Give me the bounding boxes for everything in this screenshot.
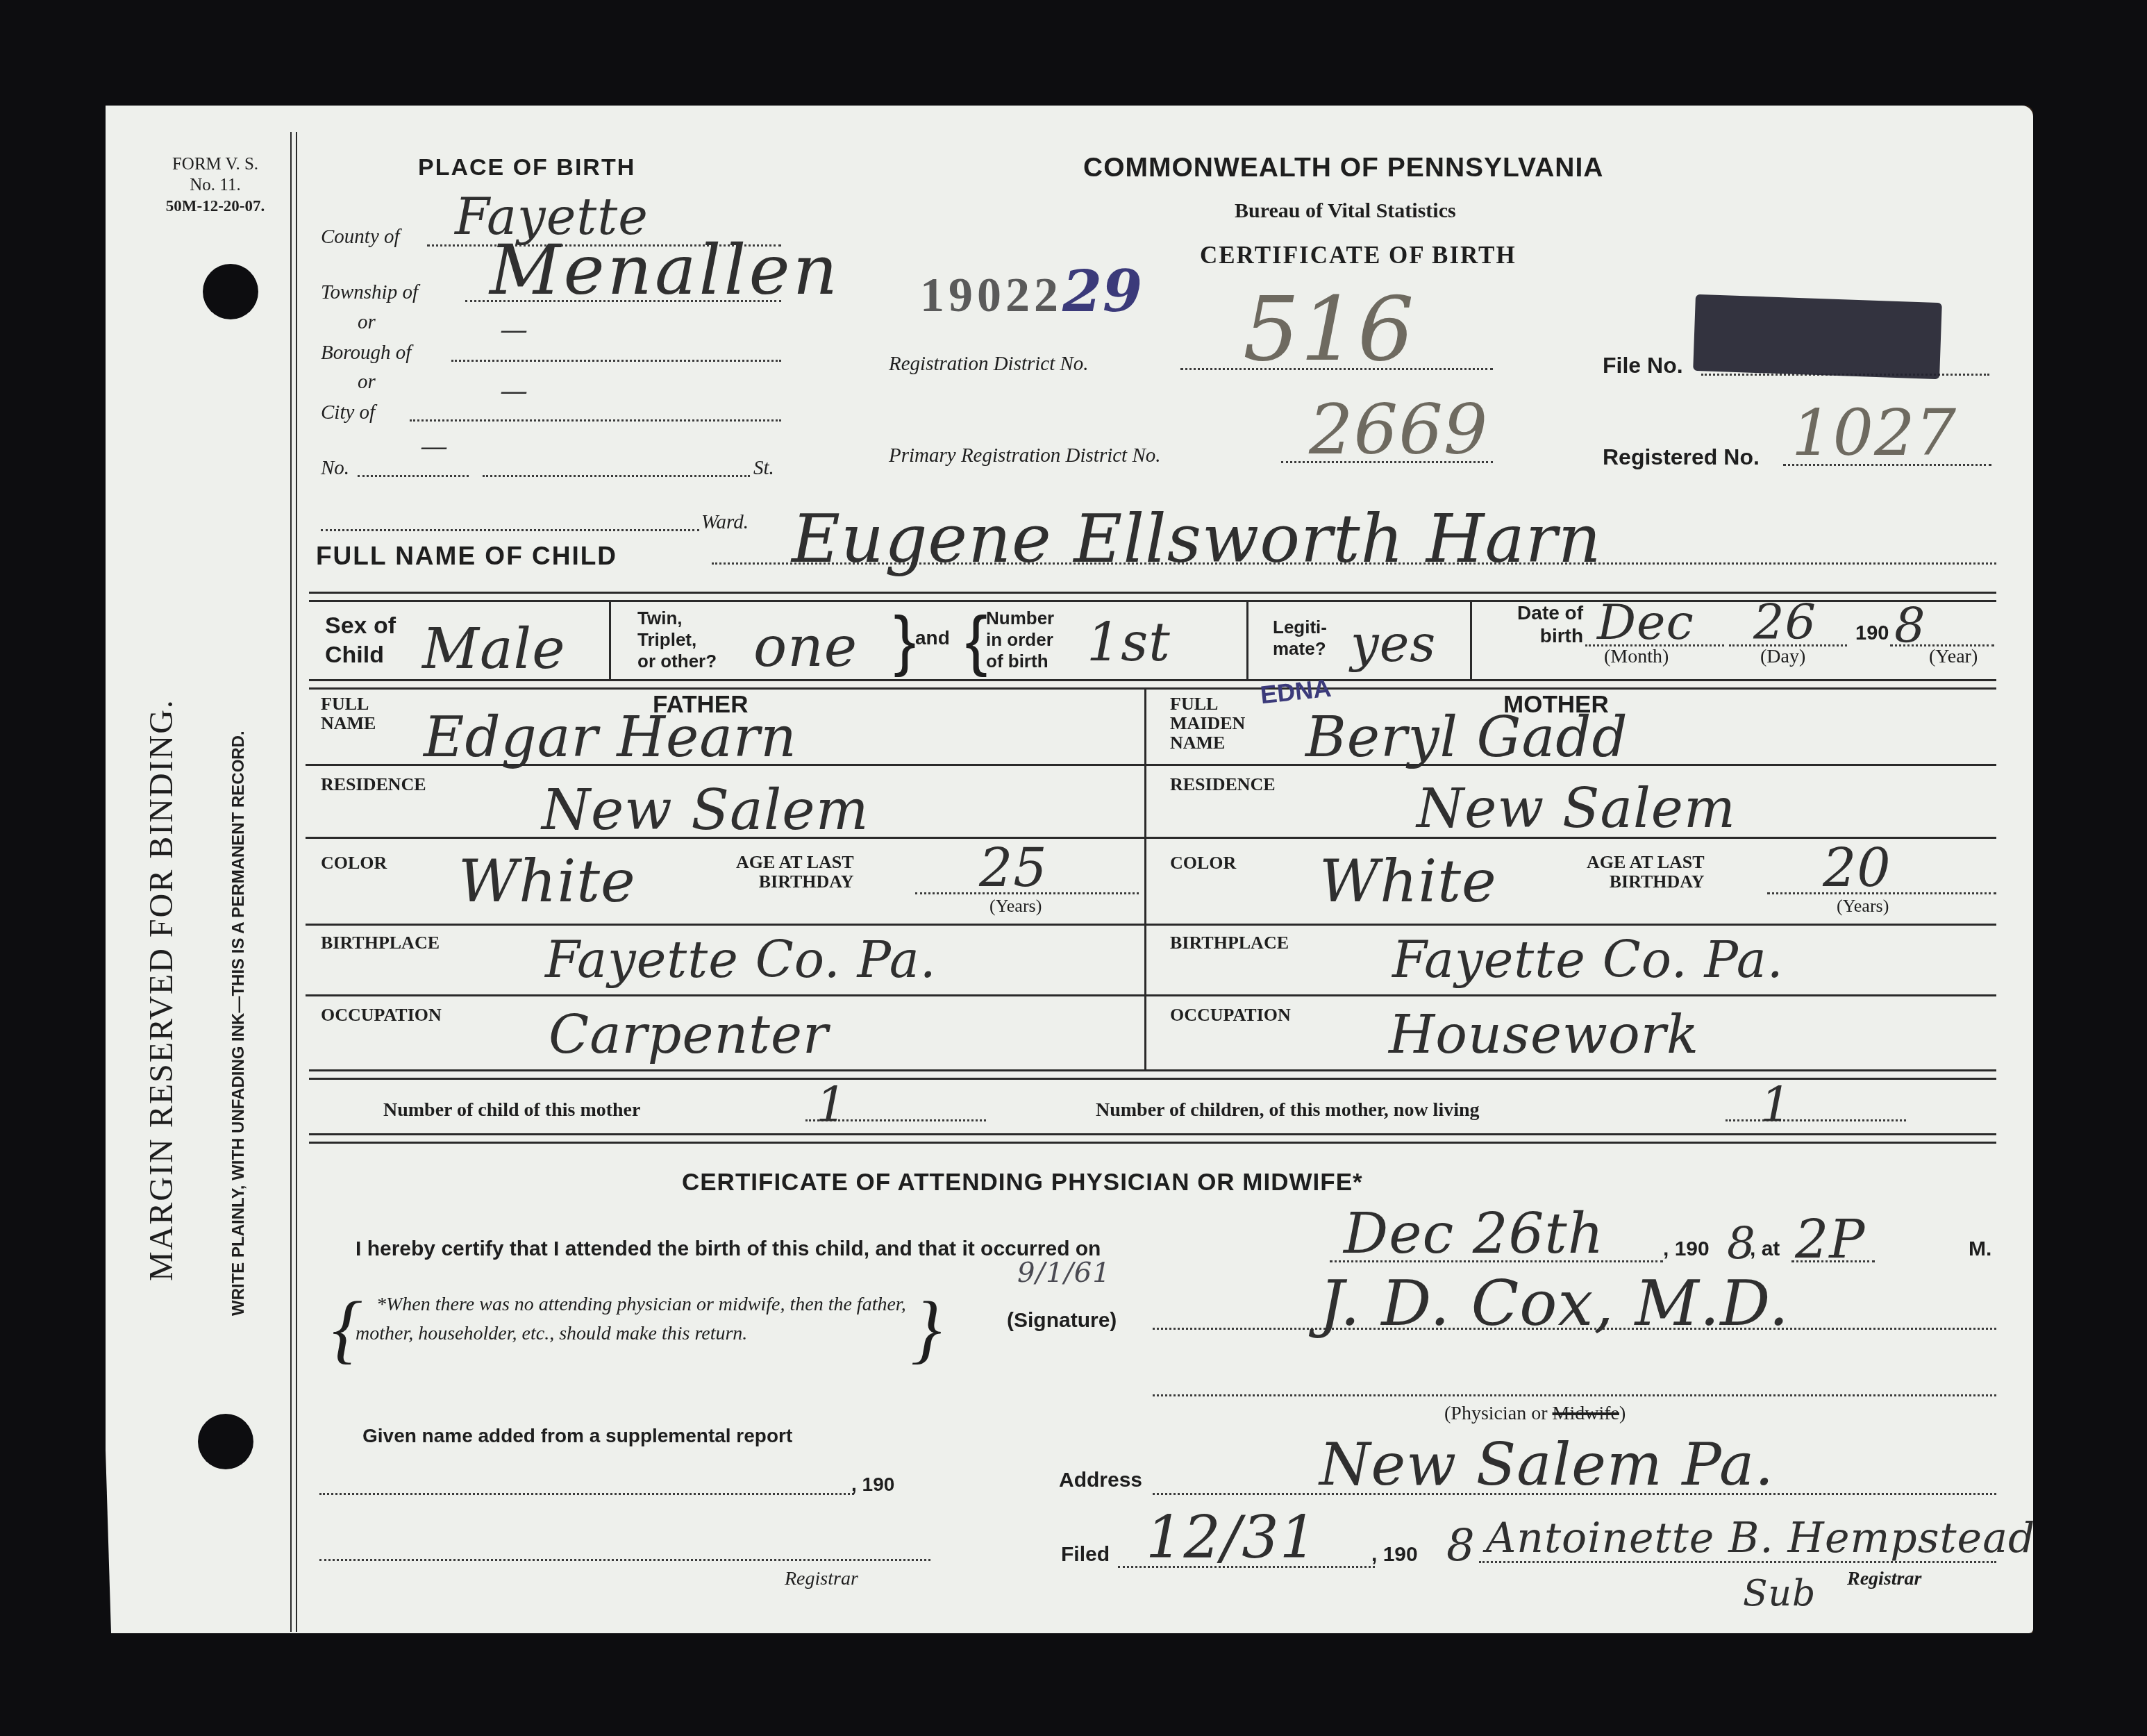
- mother-age-label-line1: AGE AT LAST: [1587, 853, 1705, 872]
- father-birthplace-label: BIRTHPLACE: [321, 933, 440, 953]
- township-label: Township of: [321, 281, 418, 304]
- children-number-value[interactable]: 1: [816, 1076, 848, 1133]
- parents-section-rule-top: [309, 679, 1996, 681]
- primary-district-label: Primary Registration District No.: [889, 444, 1161, 467]
- mother-color-label: COLOR: [1170, 853, 1236, 874]
- father-residence-label: RESIDENCE: [321, 774, 426, 795]
- commonwealth-title: COMMONWEALTH OF PENNSYLVANIA: [1083, 153, 1603, 183]
- city-label: City of: [321, 401, 375, 424]
- dob-label-line2: birth: [1486, 624, 1583, 647]
- bureau-title: Bureau of Vital Statistics: [1235, 199, 1456, 223]
- order-label-line1: Number: [986, 608, 1054, 629]
- stamp-printed: 19022: [920, 269, 1062, 322]
- father-name-label-line2: NAME: [321, 714, 376, 733]
- legitimate-label: Legiti- mate?: [1273, 617, 1327, 660]
- mother-birthplace-value[interactable]: Fayette Co. Pa.: [1392, 930, 1784, 989]
- father-name-label: FULL NAME: [321, 694, 376, 733]
- child-section-rule-top2: [309, 600, 1996, 602]
- filed-date-value[interactable]: 12/31: [1146, 1503, 1317, 1571]
- physician-signature-value[interactable]: J. D. Cox, M.D.: [1319, 1267, 1789, 1340]
- mother-years-caption: (Years): [1837, 896, 1889, 917]
- ink-instruction-note: WRITE PLAINLY, WITH UNFADING INK—THIS IS…: [229, 731, 249, 1316]
- at-label: , at: [1750, 1237, 1780, 1261]
- place-of-birth-title: PLACE OF BIRTH: [418, 154, 635, 181]
- file-number-redaction: [1693, 294, 1942, 379]
- form-id-line2: No. 11.: [128, 175, 302, 196]
- form-id-line1: FORM V. S.: [128, 154, 302, 175]
- father-rule-3: [306, 924, 1144, 926]
- brace-left: }: [894, 603, 916, 679]
- divider-legit: [1470, 601, 1472, 679]
- child-name-label: FULL NAME OF CHILD: [316, 542, 617, 571]
- city-value[interactable]: —: [500, 375, 528, 407]
- role-caption-physician: (Physician or: [1444, 1403, 1553, 1424]
- mother-name-label-line2: MAIDEN: [1170, 714, 1245, 733]
- twin-label: Twin, Triplet, or other?: [637, 608, 717, 672]
- father-occupation-value[interactable]: Carpenter: [549, 1003, 828, 1065]
- divider-order: [1246, 601, 1248, 679]
- filing-registrar-caption: Registrar: [1847, 1568, 1921, 1590]
- children-number-label: Number of child of this mother: [383, 1099, 640, 1121]
- role-caption-midwife-struck: Midwife: [1553, 1403, 1619, 1424]
- punch-hole-top: [203, 264, 258, 319]
- children-living-line: [1726, 1119, 1906, 1121]
- mother-rule-4: [1146, 994, 1996, 996]
- binding-rule-left: [290, 132, 292, 1632]
- physician-section-title: CERTIFICATE OF ATTENDING PHYSICIAN OR MI…: [682, 1169, 1363, 1196]
- dob-day-value[interactable]: 26: [1753, 594, 1816, 651]
- street-suffix: St.: [753, 457, 774, 480]
- father-rule-4: [306, 994, 1144, 996]
- father-age-label: AGE AT LAST BIRTHDAY: [736, 853, 854, 892]
- dob-label-line1: Date of: [1486, 601, 1583, 624]
- registered-number-value[interactable]: 1027: [1791, 396, 1957, 470]
- stamped-record-number: 1902229: [920, 258, 1143, 325]
- physician-section-rule-top2: [309, 1142, 1996, 1144]
- supplemental-label: Given name added from a supplemental rep…: [362, 1425, 792, 1447]
- signature-line-2: [1153, 1394, 1996, 1396]
- ward-label: Ward.: [701, 511, 749, 534]
- sex-label-line1: Sex of: [325, 611, 396, 640]
- form-id-line3: 50M-12-20-07.: [128, 196, 302, 217]
- father-birthplace-value[interactable]: Fayette Co. Pa.: [545, 930, 937, 989]
- father-years-caption: (Years): [989, 896, 1042, 917]
- registrar-signature-value[interactable]: Antoinette B. Hempstead: [1486, 1514, 2035, 1562]
- registered-number-label: Registered No.: [1603, 444, 1760, 470]
- certify-statement: I hereby certify that I attended the bir…: [356, 1237, 1101, 1261]
- primary-district-value[interactable]: 2669: [1309, 389, 1489, 470]
- mother-name-value[interactable]: Beryl Gadd: [1305, 705, 1628, 769]
- role-caption-close: ): [1619, 1403, 1626, 1424]
- dob-year-digit[interactable]: 8: [1894, 597, 1926, 654]
- sex-label: Sex of Child: [325, 611, 396, 669]
- punch-hole-bottom: [198, 1414, 253, 1469]
- margin-reserved-note: MARGIN RESERVED FOR BINDING.: [142, 699, 181, 1281]
- father-occupation-label: OCCUPATION: [321, 1005, 442, 1026]
- twin-label-line1: Twin,: [637, 608, 717, 629]
- footnote-brace-right: }: [911, 1285, 942, 1373]
- occurred-time-value[interactable]: 2P: [1795, 1208, 1866, 1270]
- legitimate-value[interactable]: yes: [1351, 615, 1436, 673]
- father-color-value[interactable]: White: [458, 847, 636, 915]
- filed-label: Filed: [1061, 1543, 1110, 1567]
- month-caption: (Month): [1604, 646, 1669, 668]
- borough-value[interactable]: —: [500, 314, 528, 346]
- township-value[interactable]: Menallen: [490, 229, 840, 310]
- twin-label-line2: Triplet,: [637, 629, 717, 651]
- order-label: Number in order of birth: [986, 608, 1054, 672]
- mother-color-value[interactable]: White: [1319, 847, 1497, 915]
- registration-district-label: Registration District No.: [889, 353, 1089, 376]
- parents-section-rule-bottom: [309, 1069, 1996, 1071]
- form-id: FORM V. S. No. 11. 50M-12-20-07.: [128, 154, 302, 217]
- mother-occupation-label: OCCUPATION: [1170, 1005, 1291, 1026]
- sex-label-line2: Child: [325, 640, 396, 669]
- mother-rule-1: [1146, 764, 1996, 766]
- or-label-2: or: [358, 371, 376, 394]
- father-age-label-line1: AGE AT LAST: [736, 853, 854, 872]
- occurred-date-value[interactable]: Dec 26th: [1344, 1201, 1604, 1266]
- and-label: and: [915, 627, 950, 649]
- physician-role-caption: (Physician or Midwife): [1444, 1403, 1626, 1425]
- mother-age-label: AGE AT LAST BIRTHDAY: [1587, 853, 1705, 892]
- year-caption: (Year): [1929, 646, 1978, 668]
- parents-section-rule-bottom2: [309, 1078, 1996, 1080]
- mother-residence-value[interactable]: New Salem: [1417, 778, 1736, 840]
- supplemental-registrar-caption: Registrar: [785, 1568, 858, 1590]
- birth-order-value[interactable]: 1st: [1087, 611, 1171, 673]
- file-number-label: File No.: [1603, 353, 1683, 378]
- mother-age-label-line2: BIRTHDAY: [1587, 872, 1705, 892]
- day-caption: (Day): [1760, 646, 1805, 668]
- city-line: [410, 419, 781, 422]
- dob-label: Date of birth: [1486, 601, 1583, 647]
- mother-name-label-line3: NAME: [1170, 733, 1245, 753]
- divider-sex: [609, 601, 611, 679]
- twin-value[interactable]: one: [753, 615, 858, 679]
- address-label: Address: [1059, 1469, 1142, 1492]
- registrar-sub-annotation: Sub: [1743, 1573, 1816, 1614]
- registration-district-value[interactable]: 516: [1243, 278, 1414, 381]
- supplemental-year-prefix: , 190: [851, 1474, 894, 1496]
- occurred-year-prefix: , 190: [1663, 1237, 1710, 1261]
- mother-name-label: FULL MAIDEN NAME: [1170, 694, 1245, 753]
- or-label-1: or: [358, 311, 376, 334]
- sex-value[interactable]: Male: [422, 617, 566, 681]
- mother-rule-3: [1146, 924, 1996, 926]
- order-label-line3: of birth: [986, 651, 1054, 672]
- certificate-title: CERTIFICATE OF BIRTH: [1200, 242, 1517, 269]
- child-section-rule-top: [309, 592, 1996, 594]
- ward-line: [321, 529, 699, 531]
- father-rule-1: [306, 764, 1144, 766]
- mother-name-label-line1: FULL: [1170, 694, 1245, 714]
- father-name-label-line1: FULL: [321, 694, 376, 714]
- mother-residence-label: RESIDENCE: [1170, 774, 1276, 795]
- father-color-label: COLOR: [321, 853, 387, 874]
- twin-label-line3: or other?: [637, 651, 717, 672]
- street-name-line: [483, 475, 750, 477]
- mother-birthplace-label: BIRTHPLACE: [1170, 933, 1289, 953]
- child-name-value[interactable]: Eugene Ellsworth Harn: [792, 500, 1602, 578]
- father-age-label-line2: BIRTHDAY: [736, 872, 854, 892]
- signature-annotation: 9/1/61: [1017, 1257, 1111, 1289]
- order-label-line2: in order: [986, 629, 1054, 651]
- m-label: M.: [1969, 1237, 1991, 1261]
- county-label: County of: [321, 226, 400, 249]
- father-residence-value[interactable]: New Salem: [542, 778, 869, 842]
- parents-section-rule-top2: [309, 687, 1996, 690]
- father-name-value[interactable]: Edgar Hearn: [424, 705, 797, 769]
- street-value[interactable]: —: [420, 431, 449, 462]
- borough-line: [451, 360, 781, 362]
- children-living-value[interactable]: 1: [1760, 1076, 1792, 1133]
- mother-age-value[interactable]: 20: [1823, 837, 1891, 899]
- borough-label: Borough of: [321, 342, 411, 365]
- street-number-line: [358, 475, 469, 477]
- address-value[interactable]: New Salem Pa.: [1319, 1430, 1774, 1499]
- supplemental-registrar-line: [319, 1559, 930, 1561]
- signature-label: (Signature): [1007, 1309, 1117, 1333]
- physician-section-rule-top: [309, 1133, 1996, 1135]
- dob-year-prefix: 190: [1855, 622, 1889, 645]
- parents-divider: [1144, 687, 1146, 1069]
- legit-label-line2: mate?: [1273, 638, 1327, 660]
- filed-year-prefix: , 190: [1371, 1543, 1418, 1567]
- children-living-label: Number of children, of this mother, now …: [1096, 1099, 1480, 1121]
- street-number-label: No.: [321, 457, 349, 480]
- physician-footnote: *When there was no attending physician o…: [356, 1290, 925, 1349]
- supplemental-name-line: [319, 1493, 854, 1495]
- father-age-value[interactable]: 25: [979, 837, 1048, 899]
- legit-label-line1: Legiti-: [1273, 617, 1327, 638]
- filed-year-digit[interactable]: 8: [1446, 1521, 1476, 1572]
- dob-month-value[interactable]: Dec: [1597, 594, 1694, 651]
- stamp-handwritten: 29: [1062, 258, 1143, 325]
- binding-rule-right: [296, 132, 297, 1632]
- mother-occupation-value[interactable]: Housework: [1389, 1003, 1699, 1065]
- brace-right: {: [965, 603, 987, 679]
